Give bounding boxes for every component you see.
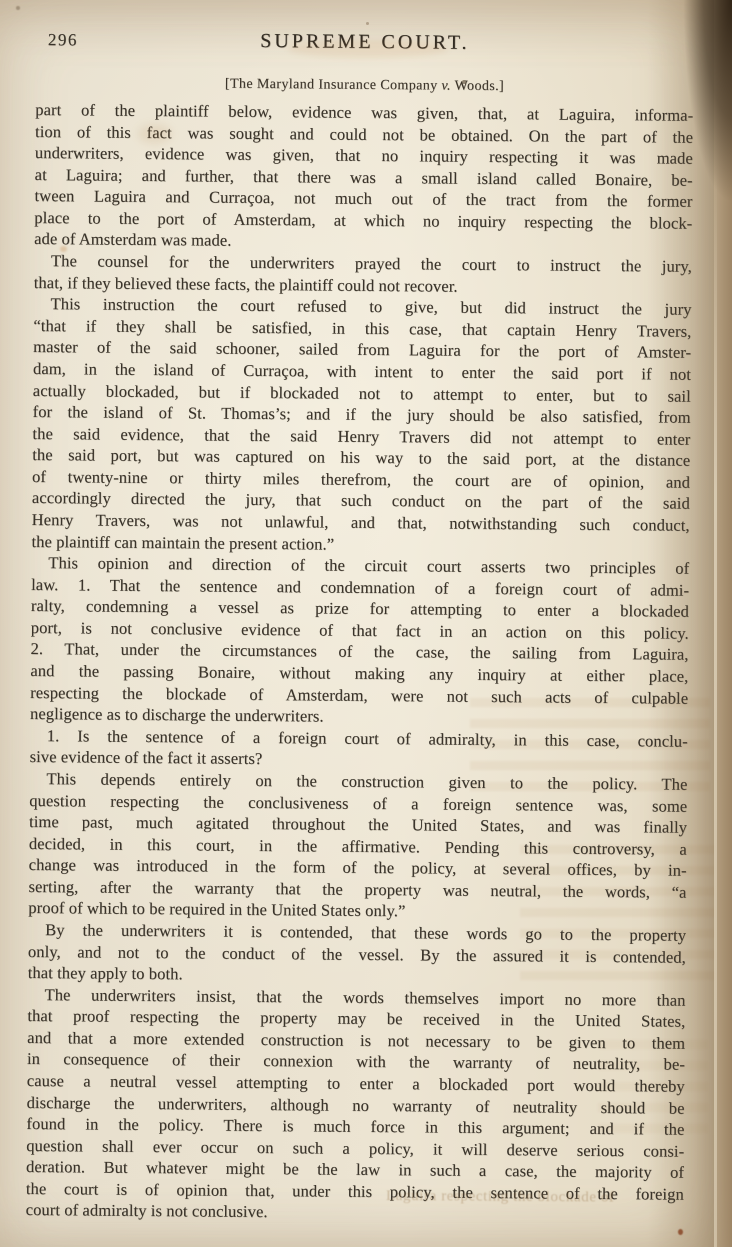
paragraph: By the underwriters it is contended, tha…	[28, 919, 687, 989]
paragraph: This depends entirely on the constructio…	[28, 768, 687, 925]
page-edge-highlight	[714, 170, 717, 1247]
page-number: 296	[48, 30, 78, 50]
case-caption-suffix: Woods.]	[451, 79, 504, 94]
page-content: 296 SUPREME COURT. [The Maryland Insuran…	[36, 28, 694, 57]
paragraph: part of the plaintiff below, evidence wa…	[34, 99, 693, 256]
paragraph: The counsel for the underwriters prayed …	[34, 250, 692, 299]
ink-speck	[366, 22, 369, 25]
body-text: part of the plaintiff below, evidence wa…	[26, 99, 694, 1227]
paragraph: The underwriters insist, that the words …	[26, 984, 686, 1227]
case-caption: [The Maryland Insurance Company v. Woods…	[35, 75, 693, 97]
paragraph: This opinion and direction of the circui…	[30, 552, 689, 730]
case-caption-prefix: [The Maryland Insurance Company	[225, 77, 442, 94]
ink-speck	[16, 6, 20, 10]
scanned-book-photo: { "page": { "number": "296", "header": "…	[0, 0, 732, 1247]
scanned-page: 296 SUPREME COURT. [The Maryland Insuran…	[0, 0, 732, 1247]
ink-speck	[678, 1229, 683, 1235]
running-head: SUPREME COURT.	[36, 28, 694, 57]
paragraph: This instruction the court refused to gi…	[31, 293, 691, 558]
paragraph: 1. Is the sentence of a foreign court of…	[30, 725, 688, 774]
